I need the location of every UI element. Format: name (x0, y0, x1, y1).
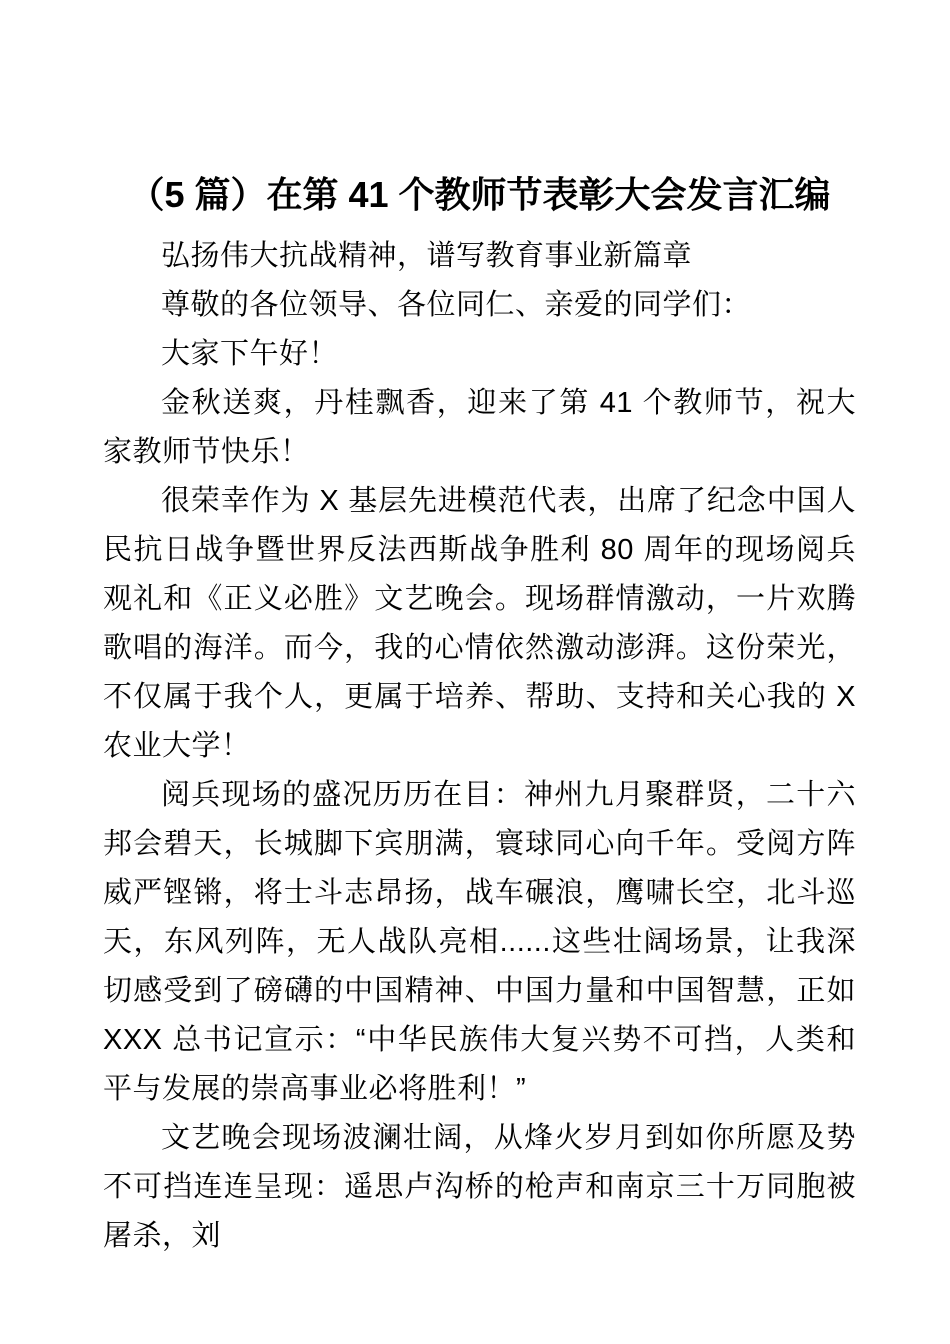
body-paragraph-parade: 阅兵现场的盛况历历在目：神州九月聚群贤，二十六邦会碧天，长城脚下宾朋满，寰球同心… (103, 771, 856, 1114)
document-title: （5 篇）在第 41 个教师节表彰大会发言汇编 (103, 166, 856, 224)
salutation-line: 尊敬的各位领导、各位同仁、亲爱的同学们： (103, 281, 856, 330)
subtitle-line: 弘扬伟大抗战精神，谱写教育事业新篇章 (103, 232, 856, 281)
greeting-line: 大家下午好！ (103, 330, 856, 379)
document-page: （5 篇）在第 41 个教师节表彰大会发言汇编 弘扬伟大抗战精神，谱写教育事业新… (0, 0, 950, 1344)
body-paragraph-honor: 很荣幸作为 X 基层先进模范代表，出席了纪念中国人民抗日战争暨世界反法西斯战争胜… (103, 477, 856, 771)
body-paragraph-gala: 文艺晚会现场波澜壮阔，从烽火岁月到如你所愿及势不可挡连连呈现：遥思卢沟桥的枪声和… (103, 1114, 856, 1261)
body-paragraph-festival: 金秋送爽，丹桂飘香，迎来了第 41 个教师节，祝大家教师节快乐！ (103, 379, 856, 477)
